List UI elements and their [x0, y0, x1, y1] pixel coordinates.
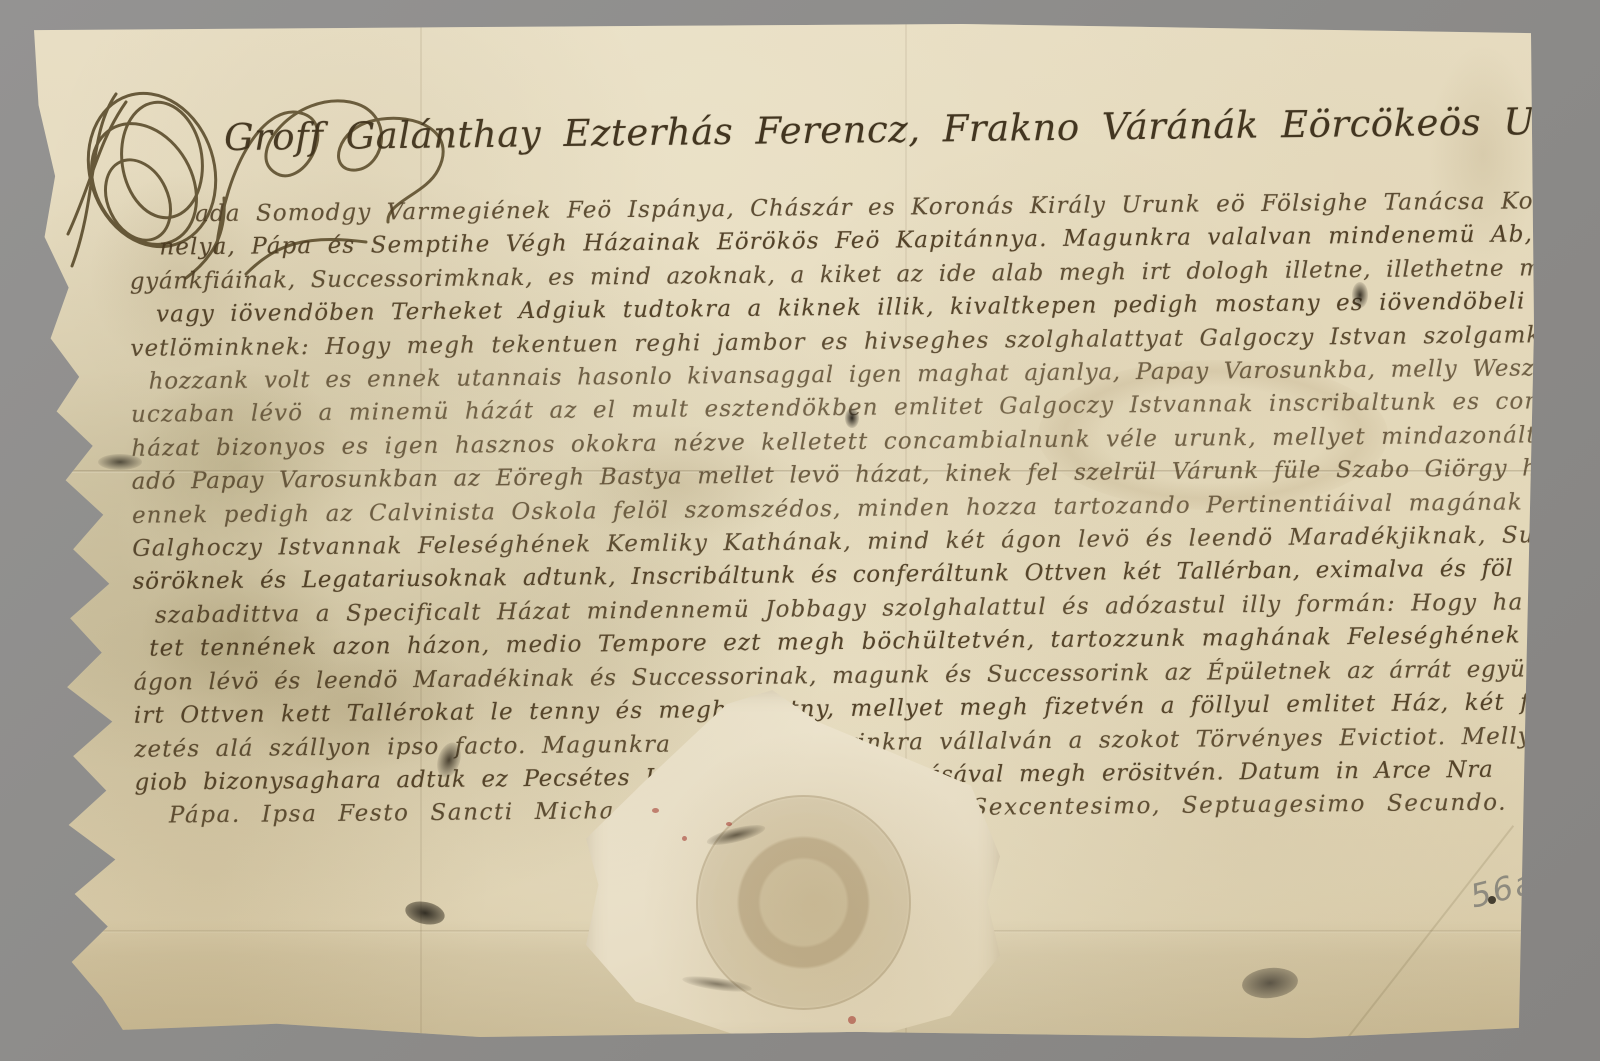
parchment-sheet: Groff Galánthay Ezterhás Ferencz, Frakno…	[28, 24, 1534, 1038]
red-wax-speck	[848, 1016, 856, 1024]
red-wax-speck	[652, 808, 659, 813]
red-wax-speck	[682, 836, 687, 841]
manuscript-photo: Groff Galánthay Ezterhás Ferencz, Frakno…	[0, 0, 1600, 1061]
ink-blot	[98, 454, 142, 470]
wax-seal-imprint	[696, 795, 911, 1010]
ink-blot	[845, 408, 859, 428]
ink-blot	[1352, 282, 1368, 308]
red-wax-speck	[726, 822, 732, 826]
